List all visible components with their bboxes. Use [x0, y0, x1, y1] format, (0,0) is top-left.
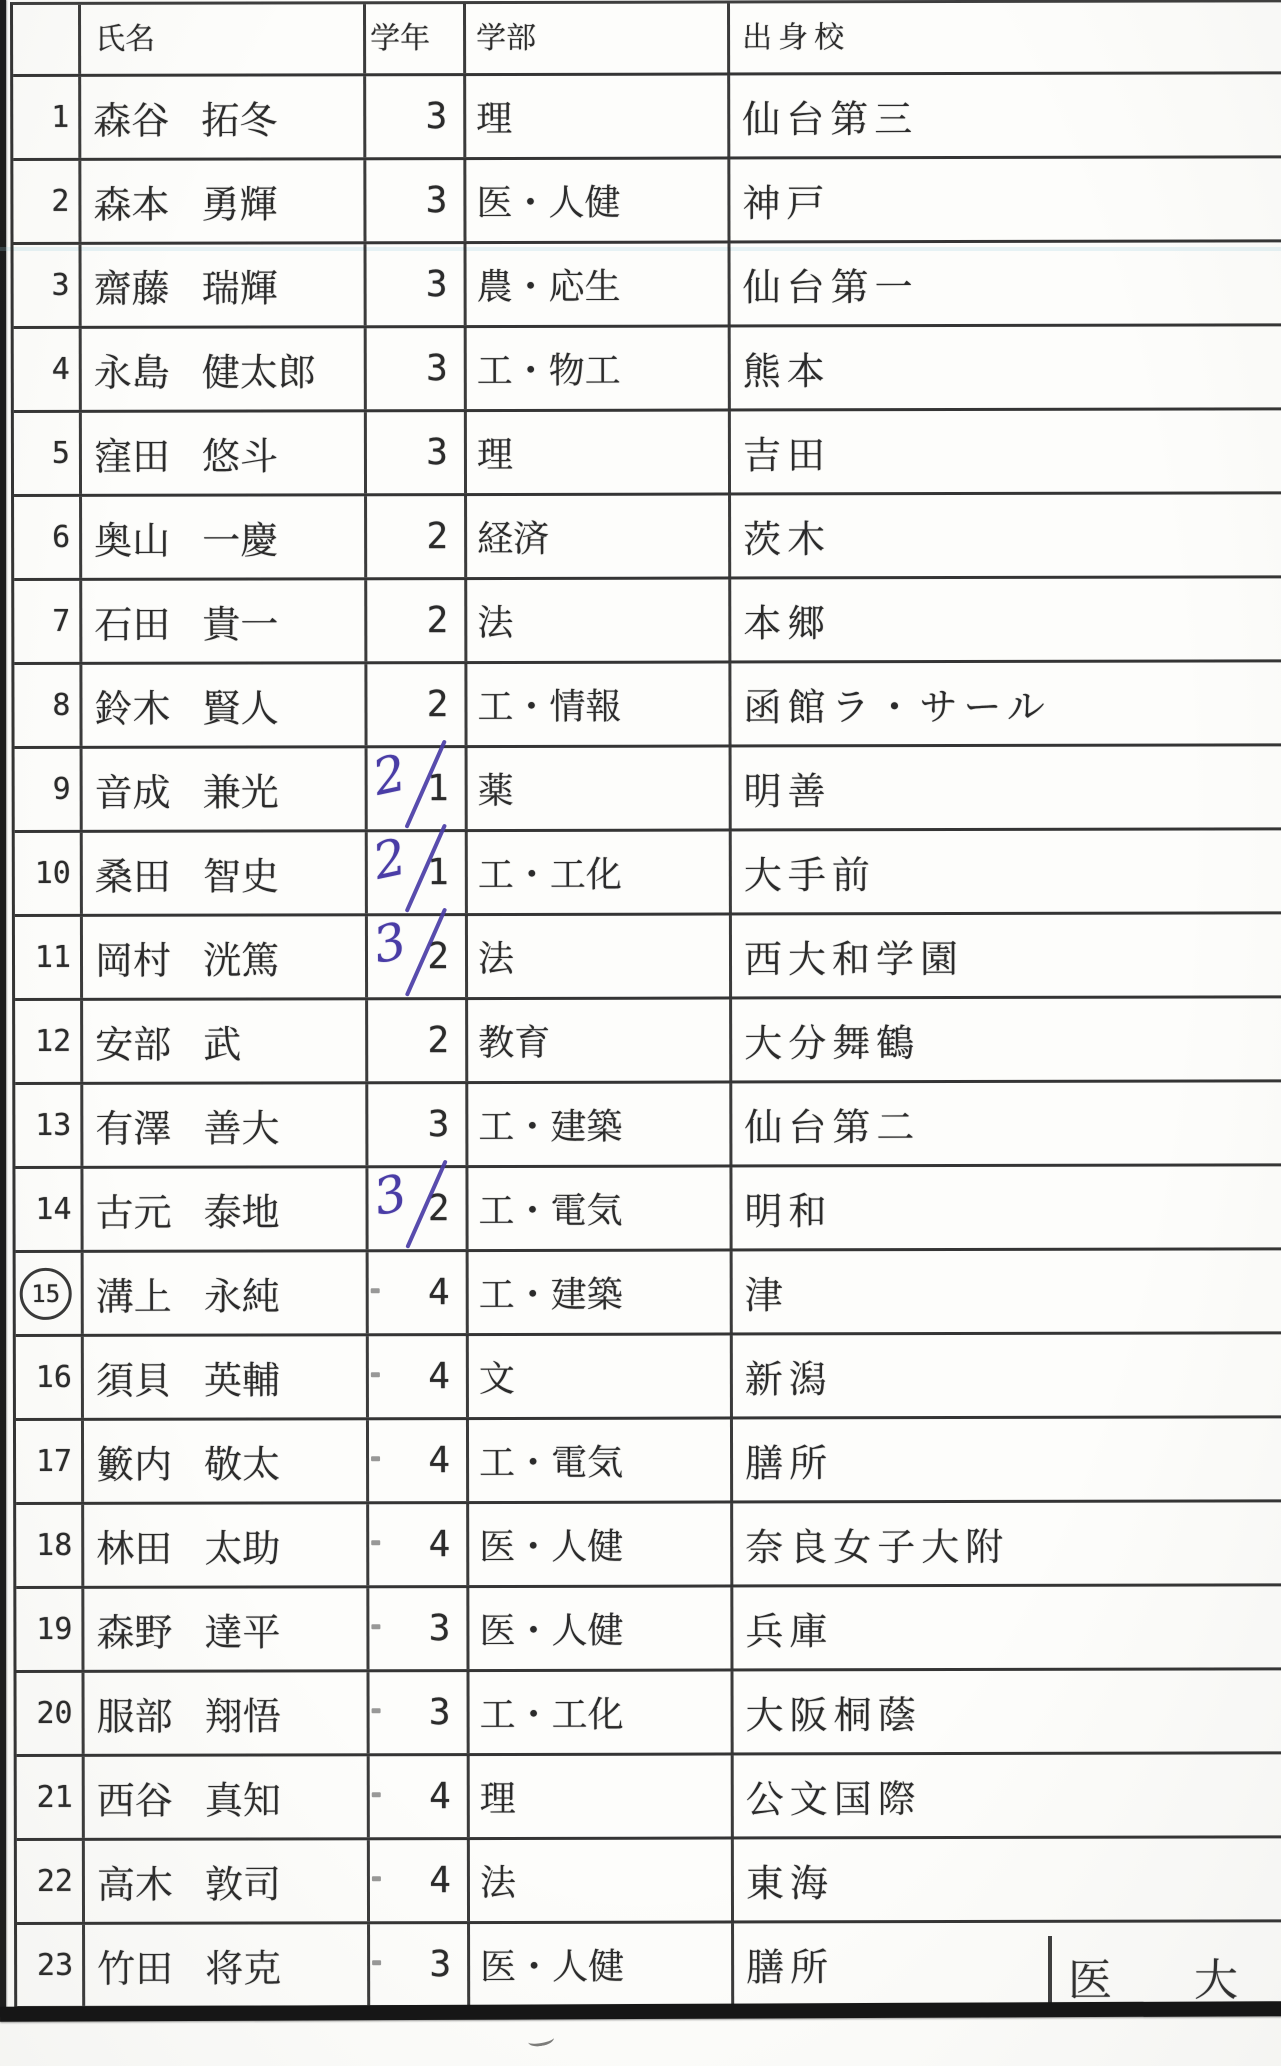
table-row: 8 鈴木 賢人 2 工・情報 函館ラ・サール [14, 662, 1281, 749]
table-row: 1 森谷 拓冬 3 理 仙台第三 [13, 74, 1281, 161]
year-cell: 3 2 [365, 916, 465, 997]
faculty: 教育 [465, 999, 729, 1081]
faculty: 理 [463, 75, 727, 157]
row-number-cell: 2 [13, 161, 78, 242]
scan-left-edge-line [0, 0, 6, 2016]
row-number: 14 [35, 1192, 71, 1227]
faculty: 農・応生 [464, 243, 728, 325]
scan-artifact-tick [371, 1372, 380, 1377]
student-name: 岡村 洸篤 [80, 916, 365, 998]
student-name: 須貝 英輔 [81, 1336, 366, 1418]
year-cell: 3 [363, 160, 463, 241]
handwritten-year-correction: 2 [368, 744, 411, 807]
origin-school: 仙台第二 [729, 1082, 1281, 1164]
student-name: 森野 達平 [81, 1588, 366, 1670]
year-cell: 3 [367, 1924, 467, 2005]
row-number: 11 [35, 940, 71, 975]
row-number: 10 [35, 856, 71, 891]
faculty: 工・建築 [465, 1083, 729, 1165]
row-number-cell: 21 [17, 1757, 82, 1838]
student-name: 奥山 一慶 [79, 496, 364, 578]
year-cell: 2 1 [365, 748, 465, 829]
header-school-label: 出身校 [727, 2, 1281, 72]
origin-school: 本郷 [728, 578, 1281, 660]
faculty: 法 [465, 915, 729, 997]
year-cell: 3 [364, 244, 464, 325]
student-name: 籔内 敬太 [81, 1420, 366, 1502]
printed-year: 2 [427, 600, 449, 641]
table-row: 19 森野 達平 3 医・人健 兵庫 [16, 1586, 1281, 1673]
row-number-cell: 4 [14, 329, 79, 410]
row-number-cell: 23 [17, 1925, 82, 2006]
table-row: 12 安部 武 2 教育 大分舞鶴 [15, 998, 1281, 1085]
row-number: 4 [52, 352, 70, 387]
row-number: 21 [37, 1780, 73, 1815]
origin-school: 西大和学園 [729, 914, 1281, 996]
row-number-cell: 17 [16, 1421, 81, 1502]
faculty: 理 [467, 1755, 731, 1837]
year-cell: 3 [366, 1672, 466, 1753]
origin-school: 明和 [729, 1166, 1281, 1248]
student-name: 林田 太助 [81, 1504, 366, 1586]
header-name-label: 氏名 [78, 4, 363, 74]
student-name: 高木 敦司 [82, 1840, 367, 1922]
student-name: 安部 武 [80, 1000, 365, 1082]
faculty: 医・人健 [467, 1923, 731, 2005]
row-number: 13 [35, 1108, 71, 1143]
origin-school: 茨木 [728, 494, 1281, 576]
student-name: 鈴木 賢人 [79, 664, 364, 746]
student-name: 西谷 真知 [82, 1756, 367, 1838]
year-cell: 4 [367, 1840, 467, 1921]
year-cell: 2 [365, 1000, 465, 1081]
table-body: 1 森谷 拓冬 3 理 仙台第三 2 森本 勇輝 3 医・人健 神戸 3 齋藤 … [13, 74, 1281, 2009]
year-cell: 4 [366, 1336, 466, 1417]
overlapping-page-text: 医 大 [1068, 1944, 1272, 2008]
student-name: 永島 健太郎 [79, 328, 364, 410]
scan-artifact-tick [372, 1876, 381, 1881]
row-number-cell: 20 [16, 1673, 81, 1754]
scan-artifact-tick [371, 1624, 380, 1629]
table-row: 7 石田 貴一 2 法 本郷 [14, 578, 1281, 665]
row-number: 2 [51, 184, 69, 219]
year-cell: 4 [366, 1252, 466, 1333]
row-number: 3 [51, 268, 69, 303]
row-number-cell: 6 [14, 497, 79, 578]
faculty: 工・建築 [466, 1251, 730, 1333]
printed-year: 3 [429, 1944, 451, 1985]
row-number: 5 [52, 436, 70, 471]
faculty: 工・工化 [465, 831, 729, 913]
origin-school: 公文国際 [731, 1754, 1281, 1836]
student-name: 服部 翔悟 [81, 1672, 366, 1754]
printed-year: 4 [429, 1776, 451, 1817]
table-row: 4 永島 健太郎 3 工・物工 熊本 [14, 326, 1281, 413]
row-number-cell: 3 [14, 245, 79, 326]
row-number-cell: 22 [17, 1841, 82, 1922]
row-number: 20 [36, 1696, 72, 1731]
printed-year: 3 [428, 1104, 450, 1145]
table-row: 13 有澤 善大 3 工・建築 仙台第二 [15, 1082, 1281, 1169]
table-row: 9 音成 兼光 2 1 薬 明善 [15, 746, 1281, 833]
student-name: 桑田 智史 [80, 832, 365, 914]
year-cell: 3 [364, 328, 464, 409]
origin-school: 膳所 [730, 1418, 1281, 1500]
row-number: 17 [36, 1444, 72, 1479]
year-cell: 3 [365, 1084, 465, 1165]
table-row: 2 森本 勇輝 3 医・人健 神戸 [13, 158, 1281, 245]
scan-artifact-tick [371, 1540, 380, 1545]
table-row: 6 奥山 一慶 2 経済 茨木 [14, 494, 1281, 581]
table-row: 5 窪田 悠斗 3 理 吉田 [14, 410, 1281, 497]
student-name: 齋藤 瑞輝 [79, 244, 364, 326]
row-number: 12 [35, 1024, 71, 1059]
header-dept-label: 学部 [463, 3, 727, 73]
origin-school: 仙台第三 [727, 74, 1281, 156]
row-number: 1 [51, 100, 69, 135]
table-row: 10 桑田 智史 2 1 工・工化 大手前 [15, 830, 1281, 917]
year-cell: 3 [364, 412, 464, 493]
row-number-cell: 7 [14, 581, 79, 662]
printed-year: 4 [428, 1440, 450, 1481]
student-name: 竹田 将克 [82, 1924, 367, 2006]
row-number-cell: 18 [16, 1505, 81, 1586]
printed-year: 3 [429, 1692, 451, 1733]
row-number-cell: 11 [15, 917, 80, 998]
row-number-cell: 16 [16, 1337, 81, 1418]
year-cell: 4 [366, 1420, 466, 1501]
scan-artifact-tick [372, 1792, 381, 1797]
student-name: 窪田 悠斗 [79, 412, 364, 494]
row-number: 19 [36, 1612, 72, 1647]
origin-school: 奈良女子大附 [730, 1502, 1281, 1584]
faculty: 文 [466, 1335, 730, 1417]
faculty: 医・人健 [466, 1503, 730, 1585]
student-name: 溝上 永純 [81, 1252, 366, 1334]
table-row: 17 籔内 敬太 4 工・電気 膳所 [16, 1418, 1281, 1505]
printed-year: 4 [428, 1272, 450, 1313]
row-number-cell: 15 [16, 1253, 81, 1334]
table-row: 14 古元 泰地 3 2 工・電気 明和 [15, 1166, 1281, 1253]
row-number-cell: 1 [13, 77, 78, 158]
printed-year: 3 [426, 432, 448, 473]
table-row: 20 服部 翔悟 3 工・工化 大阪桐蔭 [16, 1670, 1281, 1757]
year-cell: 2 [364, 664, 464, 745]
header-number-cell [13, 5, 78, 74]
row-number: 6 [52, 520, 70, 555]
origin-school: 津 [730, 1250, 1281, 1332]
handwritten-year-correction: 2 [368, 828, 411, 891]
student-name: 有澤 善大 [80, 1084, 365, 1166]
row-number: 23 [37, 1948, 73, 1983]
row-number-cell: 5 [14, 413, 79, 494]
row-number-cell: 10 [15, 833, 80, 914]
scan-artifact-tick [371, 1288, 380, 1293]
scan-artifact-tick [371, 1456, 380, 1461]
handwritten-year-correction: 3 [369, 1164, 412, 1227]
faculty: 工・電気 [466, 1419, 730, 1501]
faculty: 工・物工 [464, 327, 728, 409]
printed-year: 3 [429, 1608, 451, 1649]
row-number-cell: 14 [15, 1169, 80, 1250]
year-cell: 4 [366, 1504, 466, 1585]
scan-squiggle-mark [527, 2032, 555, 2048]
row-number: 22 [37, 1864, 73, 1899]
printed-year: 3 [426, 180, 448, 221]
row-number-cell: 9 [15, 749, 80, 830]
year-cell: 2 [364, 496, 464, 577]
year-cell: 4 [367, 1756, 467, 1837]
printed-year: 2 [427, 1020, 449, 1061]
faculty: 工・電気 [465, 1167, 729, 1249]
origin-school: 兵庫 [730, 1586, 1281, 1668]
faculty: 工・情報 [464, 663, 728, 745]
scanned-roster-document: { "header": { "number": "", "name": "氏名"… [0, 0, 1281, 2066]
table-row: 18 林田 太助 4 医・人健 奈良女子大附 [16, 1502, 1281, 1589]
handwritten-year-correction: 3 [368, 912, 411, 975]
origin-school: 大分舞鶴 [729, 998, 1281, 1080]
origin-school: 熊本 [728, 326, 1281, 408]
faculty: 法 [467, 1839, 731, 1921]
table-row: 21 西谷 真知 4 理 公文国際 [17, 1754, 1281, 1841]
origin-school: 新潟 [730, 1334, 1281, 1416]
header-year-label: 学年 [363, 4, 463, 73]
faculty: 経済 [464, 495, 728, 577]
table-row: 11 岡村 洸篤 3 2 法 西大和学園 [15, 914, 1281, 1001]
row-number: 9 [53, 772, 71, 807]
printed-year: 3 [426, 264, 448, 305]
origin-school: 神戸 [727, 158, 1281, 240]
origin-school: 大阪桐蔭 [730, 1670, 1281, 1752]
scan-artifact-tick [372, 1960, 381, 1965]
printed-year: 4 [428, 1356, 450, 1397]
student-name: 森谷 拓冬 [78, 76, 363, 158]
student-name: 森本 勇輝 [78, 160, 363, 242]
origin-school: 大手前 [729, 830, 1281, 912]
student-name: 音成 兼光 [80, 748, 365, 830]
student-name: 古元 泰地 [80, 1168, 365, 1250]
table-row: 16 須貝 英輔 4 文 新潟 [16, 1334, 1281, 1421]
student-name: 石田 貴一 [79, 580, 364, 662]
overlapping-page-line [1048, 1936, 1052, 2006]
scan-artifact-tick [372, 1708, 381, 1713]
row-number-cell: 19 [16, 1589, 81, 1670]
row-number: 18 [36, 1528, 72, 1563]
row-number-cell: 13 [15, 1085, 80, 1166]
faculty: 法 [464, 579, 728, 661]
faculty: 医・人健 [463, 159, 727, 241]
year-cell: 3 2 [365, 1168, 465, 1249]
table-row: 3 齋藤 瑞輝 3 農・応生 仙台第一 [14, 242, 1281, 329]
row-number: 7 [52, 604, 70, 639]
origin-school: 東海 [731, 1838, 1281, 1920]
year-cell: 2 [364, 580, 464, 661]
faculty: 医・人健 [466, 1587, 730, 1669]
printed-year: 4 [429, 1524, 451, 1565]
faculty: 薬 [465, 747, 729, 829]
row-number: 8 [52, 688, 70, 723]
table-header-row: 氏名 学年 学部 出身校 [13, 2, 1281, 77]
year-cell: 3 [366, 1588, 466, 1669]
year-cell: 2 1 [365, 832, 465, 913]
row-number-cell: 8 [14, 665, 79, 746]
printed-year: 3 [426, 348, 448, 389]
origin-school: 明善 [729, 746, 1281, 828]
row-number: 15 [20, 1267, 72, 1319]
roster-table: 氏名 学年 学部 出身校 1 森谷 拓冬 3 理 仙台第三 2 森本 勇輝 3 … [10, 0, 1281, 2009]
printed-year: 3 [426, 96, 448, 137]
table-row: 22 高木 敦司 4 法 東海 [17, 1838, 1281, 1925]
row-number-cell: 12 [15, 1001, 80, 1082]
printed-year: 2 [426, 516, 448, 557]
printed-year: 4 [429, 1860, 451, 1901]
year-cell: 3 [363, 76, 463, 157]
origin-school: 函館ラ・サール [728, 662, 1281, 744]
table-row: 15 溝上 永純 4 工・建築 津 [16, 1250, 1281, 1337]
origin-school: 吉田 [728, 410, 1281, 492]
origin-school: 仙台第一 [728, 242, 1281, 324]
faculty: 工・工化 [466, 1671, 730, 1753]
faculty: 理 [464, 411, 728, 493]
row-number: 16 [36, 1360, 72, 1395]
printed-year: 2 [427, 684, 449, 725]
